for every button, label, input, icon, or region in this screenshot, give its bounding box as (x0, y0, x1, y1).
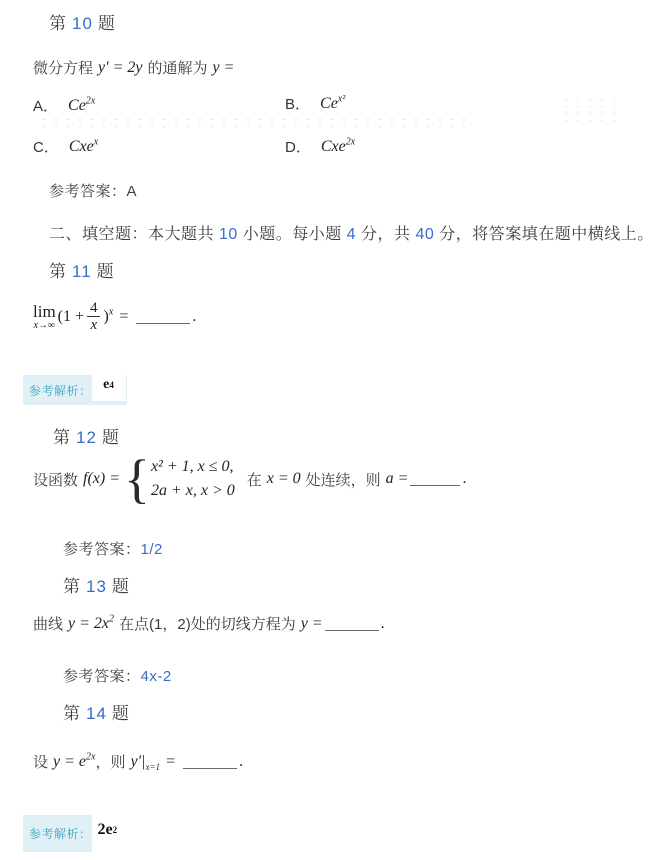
fraction: 4 x (87, 301, 101, 333)
question-suffix: 题 (102, 428, 120, 447)
question-10-stem: 微分方程 y′ = 2y 的通解为 y = (33, 57, 234, 78)
answer-label: 参考答案： (49, 183, 127, 200)
analysis-label: 参考解析： (29, 382, 92, 399)
section-2-heading: 二、填空题：本大题共 10 小题。每小题 4 分，共 40 分，将答案填在题中横… (49, 221, 654, 244)
question-13-stem: 曲线 y = 2x2 在点(1，2)处的切线方程为 y = . (33, 613, 385, 634)
question-13-answer: 参考答案：4x-2 (63, 665, 172, 686)
stem-math: y = 2x2 (68, 615, 114, 633)
option-b: B． Cex² (285, 93, 345, 114)
section-text: 分，将答案填在题中横线上。 (434, 226, 653, 243)
formula-open: (1 + (58, 308, 84, 326)
question-prefix: 第 (53, 428, 71, 447)
answer-blank (325, 617, 379, 631)
question-suffix: 题 (97, 262, 115, 281)
option-c: C． Cxex (33, 136, 98, 157)
function-def: f(x) = (83, 470, 120, 488)
option-label: C． (33, 136, 59, 157)
answer-label: 参考答案： (63, 668, 141, 685)
period: . (381, 615, 385, 633)
brace: { (124, 455, 150, 503)
stem-text: 设 (33, 751, 48, 772)
scan-noise-band (38, 116, 474, 131)
option-d: D． Cxe2x (285, 136, 355, 157)
stem-text: 的通解为 (148, 57, 208, 78)
option-value: Ce2x (68, 97, 95, 115)
stem-text: 微分方程 (33, 57, 93, 78)
stem-text: 设函数 (33, 469, 78, 490)
question-suffix: 题 (112, 577, 130, 596)
question-12-stem: 设函数 f(x) = { x² + 1, x ≤ 0, 2a + x, x > … (33, 451, 466, 507)
scan-noise-spot (560, 96, 622, 122)
question-suffix: 题 (112, 704, 130, 723)
stem-math: y = (301, 615, 323, 633)
question-number: 12 (76, 428, 97, 447)
question-number: 14 (86, 704, 107, 723)
analysis-value: e4 (92, 369, 126, 401)
question-number: 13 (86, 577, 107, 596)
question-10-answer: 参考答案：A (49, 180, 137, 201)
answer-value: A (127, 183, 138, 200)
exam-document-page: 第10题 微分方程 y′ = 2y 的通解为 y = A． Ce2x B． Ce… (0, 0, 664, 860)
analysis-box-q11: 参考解析： e4 (23, 375, 127, 405)
piecewise-cases: x² + 1, x ≤ 0, 2a + x, x > 0 (151, 455, 235, 503)
stem-math: y = e2x (53, 753, 95, 771)
analysis-value: 2e2 (92, 807, 155, 852)
question-14-stem: 设 y = e2x ，则 y′|x=1 = . (33, 751, 243, 772)
option-value: Cxe2x (321, 138, 355, 156)
section-text: 分，共 (356, 226, 415, 243)
answer-value: 1/2 (141, 541, 163, 558)
stem-math: a = (386, 470, 409, 488)
section-total-points: 40 (415, 226, 434, 243)
answer-blank (183, 755, 237, 769)
question-suffix: 题 (98, 14, 116, 33)
question-prefix: 第 (63, 577, 81, 596)
question-number: 10 (72, 14, 93, 33)
question-prefix: 第 (49, 262, 67, 281)
answer-value: 4x-2 (141, 668, 172, 685)
option-label: D． (285, 136, 311, 157)
equals-sign: = (166, 753, 175, 771)
question-prefix: 第 (63, 704, 81, 723)
question-11-formula: lim x→∞ (1 + 4 x )x = . (33, 296, 196, 338)
equals-sign: = (119, 308, 128, 326)
period: . (239, 753, 243, 771)
answer-label: 参考答案： (63, 541, 141, 558)
analysis-label: 参考解析： (29, 825, 92, 842)
option-value: Cex² (320, 95, 345, 113)
stem-math: y = (213, 59, 235, 77)
question-12-answer: 参考答案：1/2 (63, 538, 163, 559)
option-a: A． Ce2x (33, 95, 95, 116)
period: . (462, 470, 466, 488)
section-count: 10 (219, 226, 238, 243)
stem-math: y′ = 2y (98, 59, 143, 77)
question-13-header: 第13题 (63, 572, 130, 597)
formula-close: )x (104, 308, 114, 326)
stem-text: 在点(1，2)处的切线方程为 (119, 613, 296, 634)
stem-text: ，则 (95, 751, 125, 772)
stem-text: 处连续，则 (306, 469, 381, 490)
section-points: 4 (347, 226, 356, 243)
question-12-header: 第12题 (53, 423, 120, 448)
stem-text: 曲线 (33, 613, 63, 634)
stem-text: 在 (247, 469, 262, 490)
answer-blank (136, 310, 190, 324)
stem-math: y′|x=1 (130, 753, 160, 771)
question-10-header: 第10题 (49, 9, 116, 34)
question-14-header: 第14题 (63, 699, 130, 724)
question-11-header: 第11题 (49, 257, 115, 282)
analysis-box-q14: 参考解析： 2e2 (23, 815, 155, 852)
question-number: 11 (72, 262, 92, 281)
question-prefix: 第 (49, 14, 67, 33)
answer-blank (410, 472, 460, 486)
option-label: B． (285, 93, 310, 114)
option-label: A． (33, 95, 58, 116)
option-value: Cxex (69, 138, 98, 156)
stem-math: x = 0 (267, 470, 301, 488)
section-text: 二、填空题：本大题共 (49, 226, 219, 243)
section-text: 小题。每小题 (238, 226, 347, 243)
period: . (192, 308, 196, 326)
limit-operator: lim x→∞ (33, 304, 56, 331)
